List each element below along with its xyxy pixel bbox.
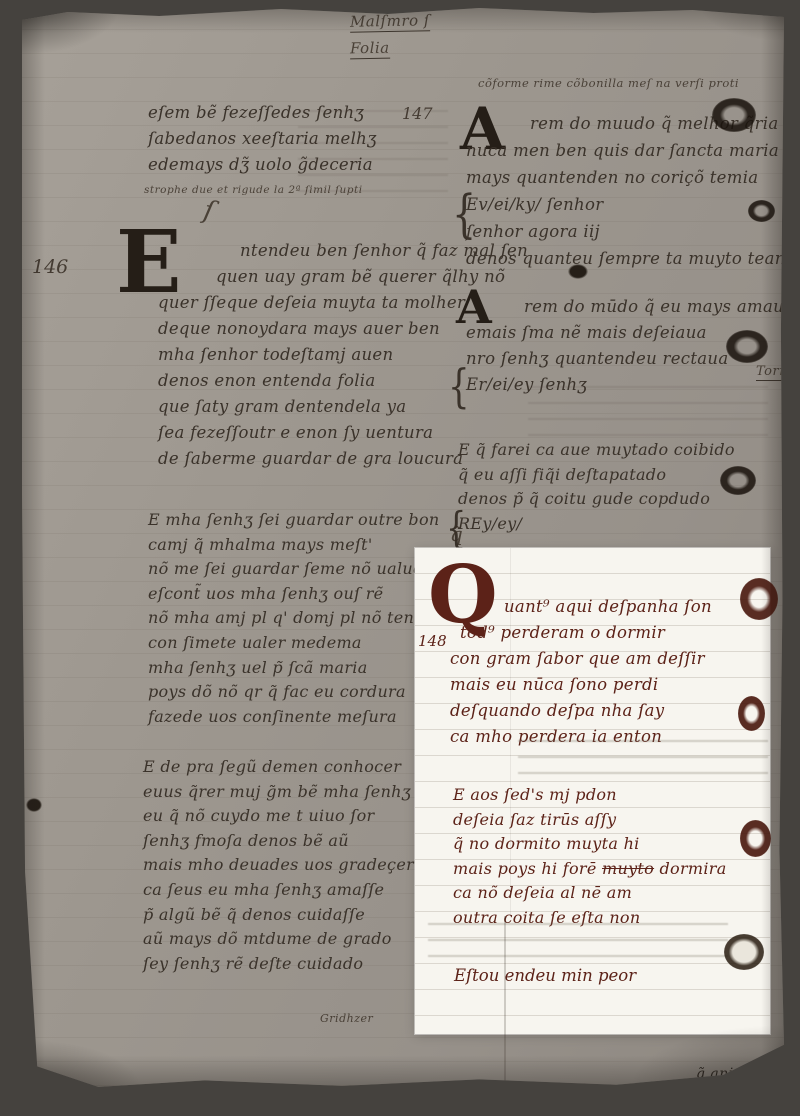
folio-number-147: 147	[402, 104, 433, 123]
corner-note: q̃ anidi	[696, 1066, 748, 1082]
manuscript-line: nro ſenhʒ quantendeu rectaua	[466, 346, 794, 372]
manuscript-line: edemays dʒ̃ uolo g̃deceria	[148, 152, 377, 178]
manuscript-line: ca nõ deſeia al nē am	[453, 881, 727, 906]
manuscript-line: mays quantenden no coriçõ temia	[466, 164, 786, 191]
manuscript-line: eu q̃ nõ cuydo me t uiuo ſor	[143, 804, 414, 829]
manuscript-line: deſeia ſaz tirūs aſſy	[453, 808, 727, 833]
right-stanza-2: rem do mūdo q̃ eu mays amauaemais ſma nẽ…	[466, 294, 794, 398]
manuscript-line: q̃ eu aſſi fiq̃i deſtapatado	[458, 463, 735, 488]
top-title-line1: Malſmro ſ	[350, 11, 430, 32]
header-note: cõforme rime cõbonilla meſ na verſi prot…	[478, 76, 739, 90]
manuscript-line: eſem bẽ fezeſſedes ſenhʒ	[148, 100, 377, 126]
manuscript-line: Er/ei/ey ſenhʒ	[466, 372, 794, 398]
manuscript-line: E aos ſed's mj pdon	[453, 783, 727, 808]
manuscript-line: ſenhor agora iij	[466, 218, 786, 245]
top-title-line2: Folia	[350, 39, 390, 60]
manuscript-line: ſey ſenhʒ rẽ deſte cuidado	[143, 952, 414, 977]
ink-spot-icon	[568, 264, 588, 279]
manuscript-line: nuca men ben quis dar ſancta maria	[466, 137, 786, 164]
left-stanza-1: eſem bẽ fezeſſedes ſenhʒſabedanos xeeſta…	[148, 100, 377, 178]
highlight-stanza-1: uant⁹ aqui deſpanha ſontod⁹ perderam o d…	[450, 594, 712, 750]
right-stanza-2-lines: rem do mūdo q̃ eu mays amauaemais ſma nẽ…	[466, 294, 794, 398]
left-stanza-3-lines: E mha ſenhʒ ſei guardar outre boncamj q̃…	[148, 508, 439, 729]
manuscript-line: mais poys hi forē muyto dormira	[453, 857, 727, 882]
manuscript-line: mha ſenhʒ uel p̃ ſcã maria	[148, 656, 439, 681]
manuscript-line: uant⁹ aqui deſpanha ſon	[450, 594, 712, 620]
refrain-brace-1: {	[452, 184, 476, 243]
right-stanza-3-lines: E q̃ farei ca aue muytado coibidoq̃ eu a…	[458, 438, 735, 536]
catchword: Torn̄	[756, 364, 788, 381]
manuscript-line: con ſimete ualer medema	[148, 631, 439, 656]
manuscript-line: tod⁹ perderam o dormir	[450, 620, 712, 646]
manuscript-line: con gram ſabor que am deſſir	[450, 646, 712, 672]
colocci-note: strophe due et rigude la 2ª ſimil ſupti	[144, 184, 363, 196]
highlight-stanza-2: E aos ſed's mj pdondeſeia ſaz tirūs aſſy…	[453, 783, 727, 931]
bottom-note: Gridhzer	[320, 1012, 373, 1025]
manuscript-line: camj q̃ mhalma mays meſt'	[148, 533, 439, 558]
manuscript-line: aũ mays dõ mtdume de grado	[143, 927, 414, 952]
right-stanza-1-lines: rem do muudo q̃ melhor q̃rianuca men ben…	[466, 110, 786, 272]
manuscript-line: eſcont̃ uos mha ſenhʒ ouſ rẽ	[148, 582, 439, 607]
scanned-page-background: Malſmro ſ Folia cõforme rime cõbonilla m…	[0, 0, 800, 1116]
manuscript-line: ſabedanos xeeſtaria melhʒ	[148, 126, 377, 152]
manuscript-line: E mha ſenhʒ ſei guardar outre bon	[148, 508, 439, 533]
manuscript-line: ca mho perdera ia enton	[450, 724, 712, 750]
flourish-s: ſ	[201, 195, 217, 226]
manuscript-line: ſenhʒ fmoſa denos bẽ aũ	[143, 829, 414, 854]
left-stanza-1-lines: eſem bẽ fezeſſedes ſenhʒſabedanos xeeſta…	[148, 100, 377, 178]
manuscript-line: ca ſeus eu mha ſenhʒ amaſſe	[143, 878, 414, 903]
manuscript-line: denos p̃ q̃ coitu gude copdudo	[458, 487, 735, 512]
right-stanza-1: rem do muudo q̃ melhor q̃rianuca men ben…	[466, 110, 786, 272]
highlight-stanza-2-lines: E aos ſed's mj pdondeſeia ſaz tirūs aſſy…	[453, 783, 727, 931]
manuscript-line: outra coita ſe eſta non	[453, 906, 727, 931]
manuscript-line: denos quanteu ſempre ta muyto tean	[466, 245, 786, 272]
left-stanza-3: E mha ſenhʒ ſei guardar outre boncamj q̃…	[148, 508, 439, 729]
manuscript-line: REy/ey/	[458, 512, 735, 537]
ink-spot-icon	[26, 798, 42, 812]
flourish-q: q̃	[450, 522, 463, 546]
manuscript-line: Ev/ei/ky/ ſenhor	[466, 191, 786, 218]
highlight-stanza-1-lines: uant⁹ aqui deſpanha ſontod⁹ perderam o d…	[450, 594, 712, 750]
manuscript-line: deſquando deſpa nha ſay	[450, 698, 712, 724]
highlight-final-line: Eſtou endeu min peor	[454, 966, 636, 985]
folio-number-148: 148	[418, 632, 447, 650]
manuscript-line: rem do mūdo q̃ eu mays amaua	[466, 294, 794, 320]
manuscript-line: emais ſma nẽ mais deſeiaua	[466, 320, 794, 346]
left-stanza-4: E de pra ſegũ demen conhocereuus q̃rer m…	[143, 755, 414, 976]
manuscript-line: nõ me ſei guardar ſeme nõ ualuer	[148, 557, 439, 582]
manuscript-line: mais mho deuades uos gradeçer	[143, 853, 414, 878]
manuscript-line: fazede uos conſinente meſura	[148, 705, 439, 730]
manuscript-page: Malſmro ſ Folia cõforme rime cõbonilla m…	[22, 6, 784, 1088]
manuscript-line: euus q̃rer muj g̃m bẽ mha ſenhʒ	[143, 780, 414, 805]
manuscript-line: nõ mha amj pl q' domj pl nõ ten	[148, 606, 439, 631]
paper-crease	[510, 548, 511, 916]
manuscript-line: rem do muudo q̃ melhor q̃ria	[466, 110, 786, 137]
right-stanza-3: E q̃ farei ca aue muytado coibidoq̃ eu a…	[458, 438, 735, 536]
left-stanza-4-lines: E de pra ſegũ demen conhocereuus q̃rer m…	[143, 755, 414, 976]
manuscript-line: E de pra ſegũ demen conhocer	[143, 755, 414, 780]
refrain-brace-2: {	[448, 360, 470, 414]
manuscript-line: mais eu nūca ſono perdi	[450, 672, 712, 698]
folio-number-146: 146	[32, 256, 68, 278]
paper-crease	[504, 916, 506, 1088]
manuscript-line: E q̃ farei ca aue muytado coibido	[458, 438, 735, 463]
manuscript-line: poys dõ nõ qr q̃ fac eu cordura	[148, 680, 439, 705]
manuscript-line: p̃ algũ bẽ q̃ denos cuidaſſe	[143, 903, 414, 928]
manuscript-line: q̃ no dormito muyta hi	[453, 832, 727, 857]
